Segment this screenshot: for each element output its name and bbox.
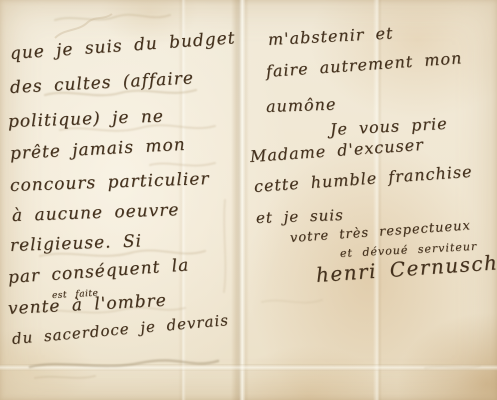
handwriting-line-left-4: prête jamais mon xyxy=(9,135,186,164)
handwriting-line-left-1: que je suis du budget xyxy=(9,28,236,64)
center-fold-crease xyxy=(231,0,249,400)
handwriting-line-right-6: cette humble franchise xyxy=(253,162,473,196)
handwriting-line-left-2: des cultes (affaire xyxy=(9,68,194,98)
handwriting-line-right-1: m'abstenir et xyxy=(268,23,394,49)
handwriting-line-left-9: vente à l'ombre xyxy=(7,291,167,319)
handwriting-line-left-5: concours particulier xyxy=(10,169,210,196)
handwriting-line-right-7: et je suis xyxy=(256,206,344,227)
handwriting-line-left-3: politique) je ne xyxy=(8,107,165,132)
handwriting-line-right-5: Madame d'excuser xyxy=(249,135,424,166)
handwriting-line-left-6: à aucune oeuvre xyxy=(12,200,180,226)
handwriting-line-left-8: par conséquent la xyxy=(7,255,190,288)
handwriting-line-right-4: Je vous prie xyxy=(330,114,449,139)
letter-photograph: que je suis du budget des cultes (affair… xyxy=(0,0,497,400)
handwriting-line-left-7: religieuse. Si xyxy=(10,231,143,256)
bottom-fold-crease xyxy=(0,364,497,371)
handwriting-line-right-3: aumône xyxy=(266,95,337,116)
handwriting-line-right-2: faire autrement mon xyxy=(265,48,463,81)
